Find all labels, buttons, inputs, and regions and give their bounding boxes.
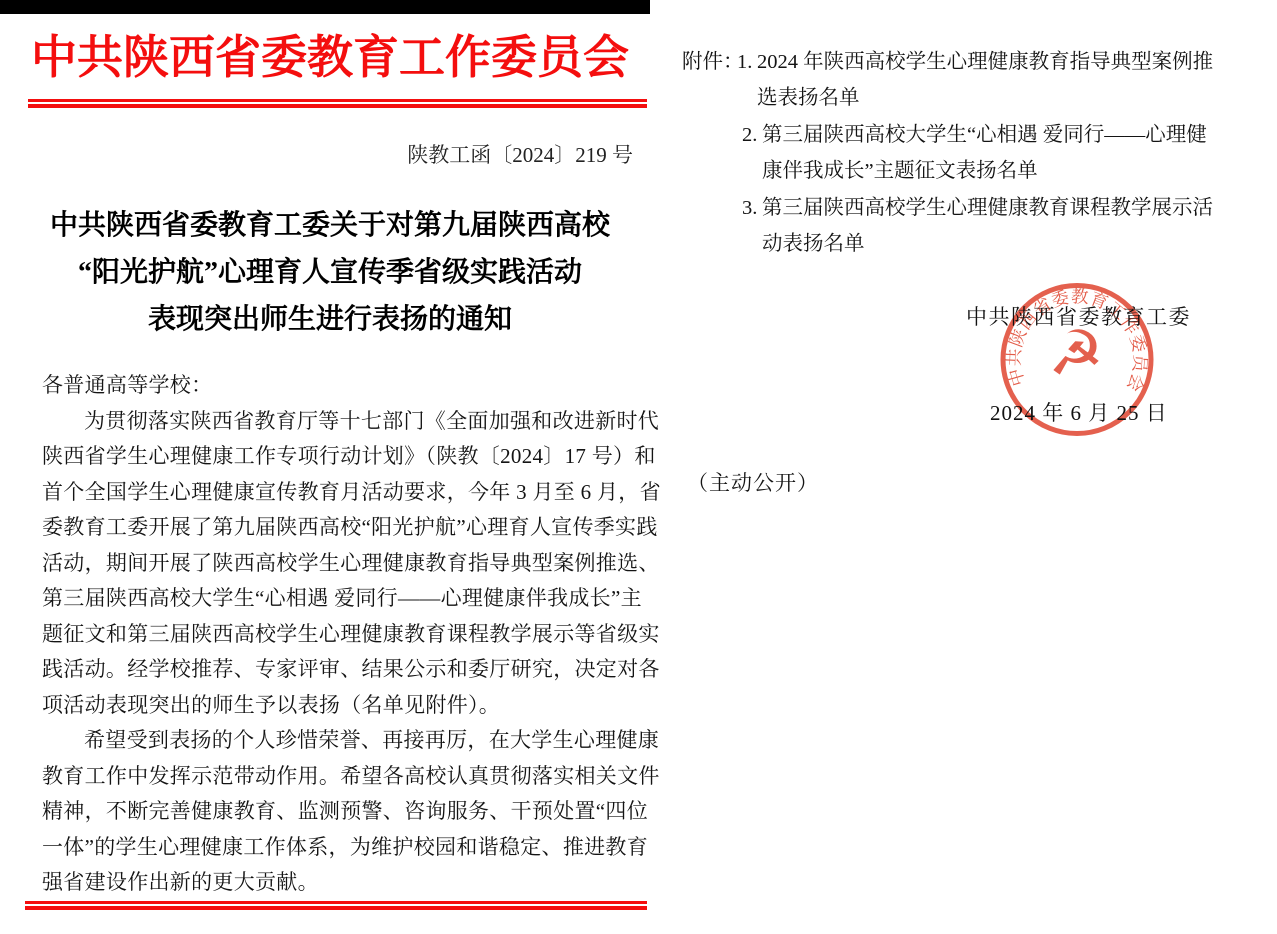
body-line: 各普通高等学校： (42, 368, 639, 404)
body-line: 强省建设作出新的更大贡献。 (42, 865, 639, 901)
attachment-text-line: 第三届陕西高校大学生“心相遇 爱同行——心理健 (762, 124, 1207, 146)
body-line: 题征文和第三届陕西高校学生心理健康教育课程教学展示等省级实 (42, 617, 639, 653)
body-line: 希望受到表扬的个人珍惜荣誉、再接再厉，在大学生心理健康 (42, 723, 639, 759)
attachment-text-line: 第三届陕西高校学生心理健康教育课程教学展示活 (762, 197, 1213, 219)
attachment-number: 2. (742, 117, 762, 153)
attachment-list: 附件： 1. 2024 年陕西高校学生心理健康教育指导典型案例推 选表扬名单 2… (682, 44, 1267, 262)
body-line: 教育工作中发挥示范带动作用。希望各高校认真贯彻落实相关文件 (42, 759, 639, 795)
scan-artifact-bar (0, 0, 650, 14)
body-line: 为贯彻落实陕西省教育厅等十七部门《全面加强和改进新时代 (42, 404, 639, 440)
body-line: 活动，期间开展了陕西高校学生心理健康教育指导典型案例推选、 (42, 546, 639, 582)
attachment-item: 3. 第三届陕西高校学生心理健康教育课程教学展示活 动表扬名单 (742, 190, 1267, 263)
document-title-line: 中共陕西省委教育工委关于对第九届陕西高校 (20, 202, 640, 249)
body-line: 项活动表现突出的师生予以表扬（名单见附件）。 (42, 688, 639, 724)
attachment-text-line: 2024 年陕西高校学生心理健康教育指导典型案例推 (757, 51, 1213, 73)
attachment-text: 第三届陕西高校学生心理健康教育课程教学展示活 动表扬名单 (762, 190, 1262, 263)
attachment-number: 3. (742, 190, 762, 226)
signing-date: 2024 年 6 月 25 日 (990, 397, 1168, 427)
body-line: 精神，不断完善健康教育、监测预警、咨询服务、干预处置“四位 (42, 794, 639, 830)
body-line: 一体”的学生心理健康工作体系，为维护校园和谐稳定、推进教育 (42, 830, 639, 866)
attachment-text: 第三届陕西高校大学生“心相遇 爱同行——心理健 康伴我成长”主题征文表扬名单 (762, 117, 1262, 190)
body-line: 第三届陕西高校大学生“心相遇 爱同行——心理健康伴我成长”主 (42, 581, 639, 617)
attachment-text-line: 动表扬名单 (762, 233, 865, 255)
document-scan: 中共陕西省委教育工作委员会 陕教工函〔2024〕219 号 中共陕西省委教育工委… (0, 0, 1277, 934)
attachment-number: 1. (737, 44, 757, 80)
page-1: 中共陕西省委教育工作委员会 陕教工函〔2024〕219 号 中共陕西省委教育工委… (0, 0, 660, 934)
body-line: 首个全国学生心理健康宣传教育月活动要求，今年 3 月至 6 月，省 (42, 475, 639, 511)
red-divider-top (28, 99, 647, 108)
attachment-item: 2. 第三届陕西高校大学生“心相遇 爱同行——心理健 康伴我成长”主题征文表扬名… (742, 117, 1267, 190)
body-line: 陕西省学生心理健康工作专项行动计划》（陕教〔2024〕17 号）和 (42, 439, 639, 475)
page-2: 附件： 1. 2024 年陕西高校学生心理健康教育指导典型案例推 选表扬名单 2… (660, 0, 1277, 934)
attachment-text-line: 选表扬名单 (757, 87, 860, 109)
attachment-text: 2024 年陕西高校学生心理健康教育指导典型案例推 选表扬名单 (757, 44, 1257, 117)
letterhead-title: 中共陕西省委教育工作委员会 (0, 31, 660, 85)
signing-organization: 中共陕西省委教育工委 (966, 301, 1191, 331)
document-body: 各普通高等学校： 为贯彻落实陕西省教育厅等十七部门《全面加强和改进新时代 陕西省… (42, 368, 639, 901)
document-title: 中共陕西省委教育工委关于对第九届陕西高校 “阳光护航”心理育人宣传季省级实践活动… (20, 202, 640, 343)
body-line: 委教育工委开展了第九届陕西高校“阳光护航”心理育人宣传季实践 (42, 510, 639, 546)
attachment-item: 附件： 1. 2024 年陕西高校学生心理健康教育指导典型案例推 选表扬名单 (682, 44, 1267, 117)
attachment-text-line: 康伴我成长”主题征文表扬名单 (762, 160, 1038, 182)
attachment-label: 附件： (682, 44, 737, 80)
disclosure-note: （主动公开） (687, 467, 819, 497)
red-divider-bottom (25, 901, 647, 910)
document-number: 陕教工函〔2024〕219 号 (0, 139, 633, 169)
document-title-line: 表现突出师生进行表扬的通知 (20, 296, 640, 343)
document-title-line: “阳光护航”心理育人宣传季省级实践活动 (20, 249, 640, 296)
body-line: 践活动。经学校推荐、专家评审、结果公示和委厅研究，决定对各 (42, 652, 639, 688)
